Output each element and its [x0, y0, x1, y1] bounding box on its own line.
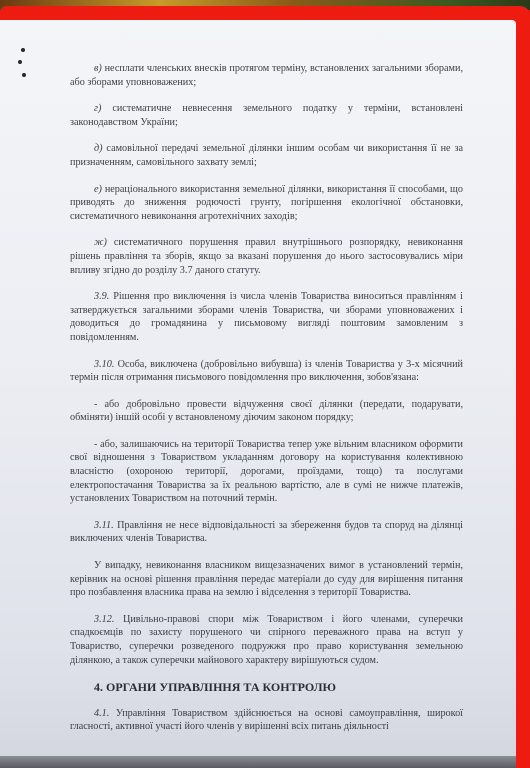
- paragraph-e: е) нераціонального використання земельно…: [70, 183, 463, 224]
- paragraph-text: Цивільно-правові спори між Товариством і…: [70, 614, 463, 666]
- paragraph-option-2: - або, залишаючись на території Товарист…: [70, 438, 463, 506]
- paragraph-3-9: 3.9. Рішення про виключення із числа чле…: [70, 290, 463, 344]
- paragraph-text: самовільної передачі земельної ділянки і…: [70, 143, 463, 168]
- paragraph-text: нераціонального використання земельної д…: [70, 184, 463, 222]
- section-heading: 4. ОРГАНИ УПРАВЛІННЯ ТА КОНТРОЛЮ: [94, 681, 463, 695]
- paragraph-number: е): [94, 184, 102, 195]
- paragraph-text: Особа, виключена (добровільно вибувша) і…: [70, 359, 463, 384]
- paragraph-number: 4.1.: [94, 708, 109, 719]
- paragraph-v: в) несплати членських внесків протягом т…: [70, 62, 463, 89]
- punch-hole-icon: [18, 60, 22, 64]
- paragraph-number: д): [94, 143, 103, 154]
- paragraph-3-11: 3.11. Правління не несе відповідальності…: [70, 519, 463, 546]
- paragraph-number: 3.11.: [94, 520, 114, 531]
- paragraph-3-12: 3.12. Цивільно-правові спори між Товарис…: [70, 613, 463, 667]
- paragraph-number: 3.12.: [94, 614, 114, 625]
- paragraph-text: У випадку, невиконання власником вищезаз…: [70, 560, 463, 598]
- punch-hole-icon: [22, 73, 26, 77]
- paragraph-zh: ж) систематичного порушення правил внутр…: [70, 236, 463, 277]
- paragraph-number: 3.9.: [94, 291, 109, 302]
- punch-hole-icon: [21, 48, 25, 52]
- paragraph-g: г) систематичне невнесення земельного по…: [70, 102, 463, 129]
- paragraph-option-1: - або добровільно провести відчуження св…: [70, 398, 463, 425]
- page-bottom-edge: [0, 756, 516, 768]
- paragraph-d: д) самовільної передачі земельної ділянк…: [70, 142, 463, 169]
- paragraph-text: - або, залишаючись на території Товарист…: [70, 439, 463, 504]
- paragraph-text: несплати членських внесків протягом терм…: [70, 63, 463, 88]
- paragraph-number: ж): [94, 237, 107, 248]
- paragraph-number: 3.10.: [94, 359, 114, 370]
- paragraph-4-1: 4.1. Управління Товариством здійснюється…: [70, 707, 463, 734]
- paragraph-3-10: 3.10. Особа, виключена (добровільно вибу…: [70, 358, 463, 385]
- paragraph-case: У випадку, невиконання власником вищезаз…: [70, 559, 463, 600]
- paragraph-text: систематичне невнесення земельного подат…: [70, 103, 463, 128]
- paragraph-number: в): [94, 63, 102, 74]
- paragraph-text: Правління не несе відповідальності за зб…: [70, 520, 463, 545]
- paragraph-text: - або добровільно провести відчуження св…: [70, 399, 463, 424]
- paragraph-text: Управління Товариством здійснюється на о…: [70, 708, 463, 733]
- paragraph-text: систематичного порушення правил внутрішн…: [70, 237, 463, 275]
- document-body: в) несплати членських внесків протягом т…: [70, 62, 463, 747]
- paragraph-text: Рішення про виключення із числа членів Т…: [70, 291, 463, 343]
